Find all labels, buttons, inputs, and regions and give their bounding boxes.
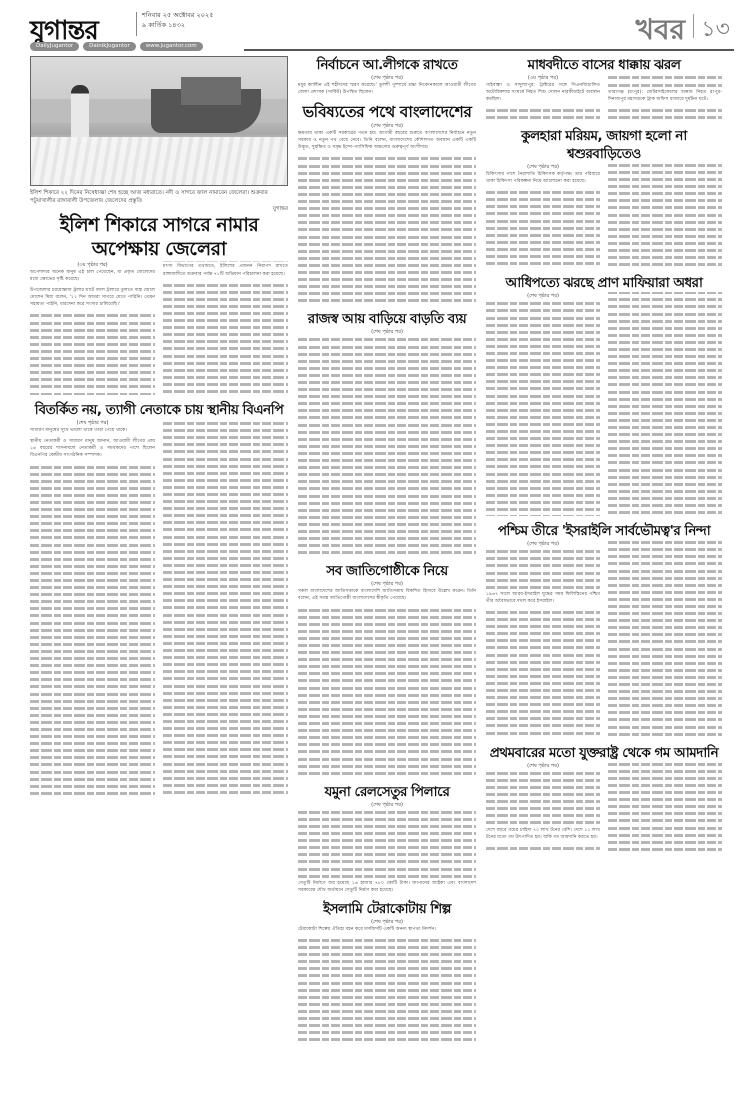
headline-all-nations[interactable]: সব জাতিগোষ্ঠীকে নিয়ে (298, 562, 476, 580)
continued-label: (শেষ পৃষ্ঠার পর) (298, 122, 476, 130)
date-bangla: ৯ কার্তিক ১৪৩২ (142, 20, 213, 30)
date-gregorian: শনিবার ২৫ অক্টোবর ২০২৫ (142, 10, 213, 20)
continued-label: (শেষ পৃষ্ঠার পর) (298, 801, 476, 809)
photo-caption: ইলিশ শিকারে ২২ দিনের নিষেধাজ্ঞা শেষ হচ্ছ… (30, 189, 288, 213)
headline-wheat[interactable]: প্রথমবারের মতো যুক্তরাষ্ট্র থেকে গম আমদা… (486, 744, 722, 762)
fishermen-boat-photo[interactable] (30, 56, 288, 186)
paragraph: সকল বাংলাদেশের জাতিসত্তাকে বাংলাদেশি জাত… (298, 588, 476, 602)
story-future-bd: ভবিষ্যতের পথে বাংলাদেশের (শেষ পৃষ্ঠার পর… (298, 102, 476, 304)
continued-label: (শেষ পৃষ্ঠার পর) (486, 292, 600, 300)
paragraph: দেশে বছরে গমের চাহিদা ৭০ লাখ টনের বেশি। … (486, 827, 600, 841)
story-body: (শেষ পৃষ্ঠার পর) চিকিৎসার পাশে নৈরাশ্যতি… (486, 163, 722, 268)
middle-column: নির্বাচনে আ.লীগকে রাখতে (শেষ পৃষ্ঠার পর)… (298, 56, 476, 1049)
photo-boat-cabin (181, 77, 241, 105)
headline-future-bd[interactable]: ভবিষ্যতের পথে বাংলাদেশের (298, 102, 476, 122)
continued-label: (৩য় পৃষ্ঠার পর) (30, 261, 155, 269)
continued-label: (শেষ পৃষ্ঠার পর) (486, 163, 600, 171)
continued-label: (শেষ পৃষ্ঠার পর) (298, 918, 476, 926)
story-body: সেতুটি নির্মাণে ব্যয় হয়েছে ১৬ হাজার ৭৮… (298, 809, 476, 894)
story-jamuna-bridge: যমুনা রেলসেতুর পিলারে (শেষ পৃষ্ঠার পর) স… (298, 783, 476, 894)
headline-hilsa[interactable]: ইলিশ শিকারে সাগরে নামার অপেক্ষায় জেলেরা (30, 213, 288, 261)
paragraph: ক্ষমতায় থাকা একটি সরকারের পতন হয়। আগাম… (298, 130, 476, 151)
dateline: শনিবার ২৫ অক্টোবর ২০২৫ ৯ কার্তিক ১৪৩২ (142, 10, 213, 30)
right-column: মাধবদীতে বাসের ধাক্কায় ঝরল (৩য় পৃষ্ঠার… (486, 56, 722, 859)
story-body: ক্ষমতায় থাকা একটি সরকারের পতন হয়। আগাম… (298, 130, 476, 304)
paragraph: গাইবান্ধা ও সাদুল্যাপুর: ট্রাক্টরের সঙ্গ… (486, 82, 600, 103)
paragraph: ১৯৬৭ সালে আরব-ইসরাইল যুদ্ধের সময় ফিলিস্… (486, 591, 600, 605)
story-madhabdi: মাধবদীতে বাসের ধাক্কায় ঝরল (৩য় পৃষ্ঠার… (486, 56, 722, 121)
hilsa-photo-figure: ইলিশ শিকারে ২২ দিনের নিষেধাজ্ঞা শেষ হচ্ছ… (30, 56, 288, 213)
logo-divider (136, 12, 137, 36)
headline-madhabdi[interactable]: মাধবদীতে বাসের ধাক্কায় ঝরল (486, 56, 722, 74)
headline-mafia[interactable]: আধিপত্যে ঝরছে প্রাণ মাফিয়ারা অধরা (486, 274, 722, 292)
story-revenue: রাজস্ব আয় বাড়িয়ে বাড়তি ব্যয় (শেষ পৃ… (298, 310, 476, 556)
continued-label: (৩য় পৃষ্ঠার পর) (486, 74, 600, 82)
caption-text: ইলিশ শিকারে ২২ দিনের নিষেধাজ্ঞা শেষ হচ্ছ… (30, 190, 268, 204)
photo-credit: যুগান্তর (30, 205, 288, 213)
paragraph: চিকিৎসার পাশে নৈরাশ্যতি চিকিৎসক কর্তৃপক্… (486, 171, 600, 185)
photo-fishing-net (31, 137, 288, 186)
page-number: ১৩ (701, 12, 730, 49)
story-body (298, 336, 476, 556)
story-body: সকল বাংলাদেশের জাতিসত্তাকে বাংলাদেশি জাত… (298, 588, 476, 776)
continued-label: (শেষ পৃষ্ঠার পর) (298, 580, 476, 588)
headline-bnp[interactable]: বিতর্কিত নয়, ত্যাগী নেতাকে চায় স্থানীয… (30, 401, 288, 419)
story-kohinoor: কুলহারা মরিয়ম, জায়গা হলো না শ্বশুরবাড়… (486, 127, 722, 268)
story-all-nations: সব জাতিগোষ্ঠীকে নিয়ে (শেষ পৃষ্ঠার পর) স… (298, 562, 476, 776)
headline-al-election[interactable]: নির্বাচনে আ.লীগকে রাখতে (298, 56, 476, 74)
story-wheat: প্রথমবারের মতো যুক্তরাষ্ট্র থেকে গম আমদা… (486, 744, 722, 853)
headline-kohinoor[interactable]: কুলহারা মরিয়ম, জায়গা হলো না শ্বশুরবাড়… (486, 127, 722, 163)
headline-terracotta[interactable]: ইসলামি টেরাকোটায় শিল্প (298, 900, 476, 918)
headline-israel[interactable]: পশ্চিম তীরে 'ইসরাইলি সার্বভৌমত্ব'র নিন্দ… (486, 522, 722, 540)
continued-label: (শেষ পৃষ্ঠার পর) (298, 328, 476, 336)
story-body: (শেষ পৃষ্ঠার পর) (486, 292, 722, 516)
story-body: (৩য় পৃষ্ঠার পর) গাইবান্ধা ও সাদুল্যাপুর… (486, 74, 722, 121)
section-divider (693, 14, 694, 38)
story-body: (শেষ পৃষ্ঠার পর) ১৯৬৭ সালে আরব-ইসরাইল যু… (486, 540, 722, 738)
paragraph: তারাগঞ্জ (রংপুর): মোটরসাইকেলের ধাক্কায় … (608, 89, 722, 103)
story-mafia: আধিপত্যে ঝরছে প্রাণ মাফিয়ারা অধরা (শেষ … (486, 274, 722, 516)
story-hilsa: ইলিশ শিকারে সাগরে নামার অপেক্ষায় জেলেরা… (30, 213, 288, 395)
paragraph: অপেশাদার অনেক মানুষ এই চাল পেয়েছেন, যা … (30, 269, 155, 283)
story-body: (শেষ পৃষ্ঠার পর) দেশে বছরে গমের চাহিদা ৭… (486, 762, 722, 853)
twitter-link[interactable]: DailyJugantor (30, 42, 79, 51)
left-column: ইলিশ শিকারে ২২ দিনের নিষেধাজ্ঞা শেষ হচ্ছ… (30, 56, 288, 802)
continued-label: (শেষ পৃষ্ঠার পর) (30, 419, 155, 427)
section-title: খবর (636, 8, 685, 55)
story-body: (৩য় পৃষ্ঠার পর) অপেশাদার অনেক মানুষ এই … (30, 261, 288, 395)
story-terracotta: ইসলামি টেরাকোটায় শিল্প (শেষ পৃষ্ঠার পর)… (298, 900, 476, 1044)
story-al-election: নির্বাচনে আ.লীগকে রাখতে (শেষ পৃষ্ঠার পর)… (298, 56, 476, 96)
facebook-link[interactable]: DainikJugantor (83, 42, 136, 51)
social-links: DailyJugantor DainikJugantor www.juganto… (30, 42, 203, 51)
continued-label: (শেষ পৃষ্ঠার পর) (486, 540, 600, 548)
paragraph: মৎস্য বিভাগের তথ্যমতে, ইলিশের প্রজনন নির… (163, 263, 288, 277)
website-link[interactable]: www.jugantor.com (140, 42, 203, 51)
story-body: (শেষ পৃষ্ঠার পর) সাধারণ মানুষের সুখে ভাল… (30, 419, 288, 796)
paragraph: টেরাকোটা শিল্পের ঐতিহ্য বহন করে মসজিদটি … (298, 926, 476, 933)
paragraph: সেতুটি নির্মাণে ব্যয় হয়েছে ১৬ হাজার ৭৮… (298, 880, 476, 894)
paragraph: উপজেলার চরমোন্তাজ ট্রলার ঘাটে জাল ট্রলার… (30, 287, 155, 308)
story-bnp: বিতর্কিত নয়, ত্যাগী নেতাকে চায় স্থানীয… (30, 401, 288, 796)
paragraph: স্থানীয় নেতাকর্মী ও সাধারণ মানুষ জানান,… (30, 438, 155, 459)
headline-revenue[interactable]: রাজস্ব আয় বাড়িয়ে বাড়তি ব্যয় (298, 310, 476, 328)
story-israel: পশ্চিম তীরে 'ইসরাইলি সার্বভৌমত্ব'র নিন্দ… (486, 522, 722, 738)
headline-jamuna-bridge[interactable]: যমুনা রেলসেতুর পিলারে (298, 783, 476, 801)
continued-label: (শেষ পৃষ্ঠার পর) (486, 762, 600, 770)
paragraph: মধুর ক্যান্টিন এই শহীদদের স্মরণ করেছে।' … (298, 82, 476, 96)
story-body: টেরাকোটা শিল্পের ঐতিহ্য বহন করে মসজিদটি … (298, 926, 476, 1044)
continued-label: (শেষ পৃষ্ঠার পর) (298, 74, 476, 82)
paragraph: সাধারণ মানুষের সুখে ভালো থাকে তারা পেয়ে… (30, 427, 155, 434)
masthead: যুগান্তর শনিবার ২৫ অক্টোবর ২০২৫ ৯ কার্তি… (30, 8, 730, 50)
